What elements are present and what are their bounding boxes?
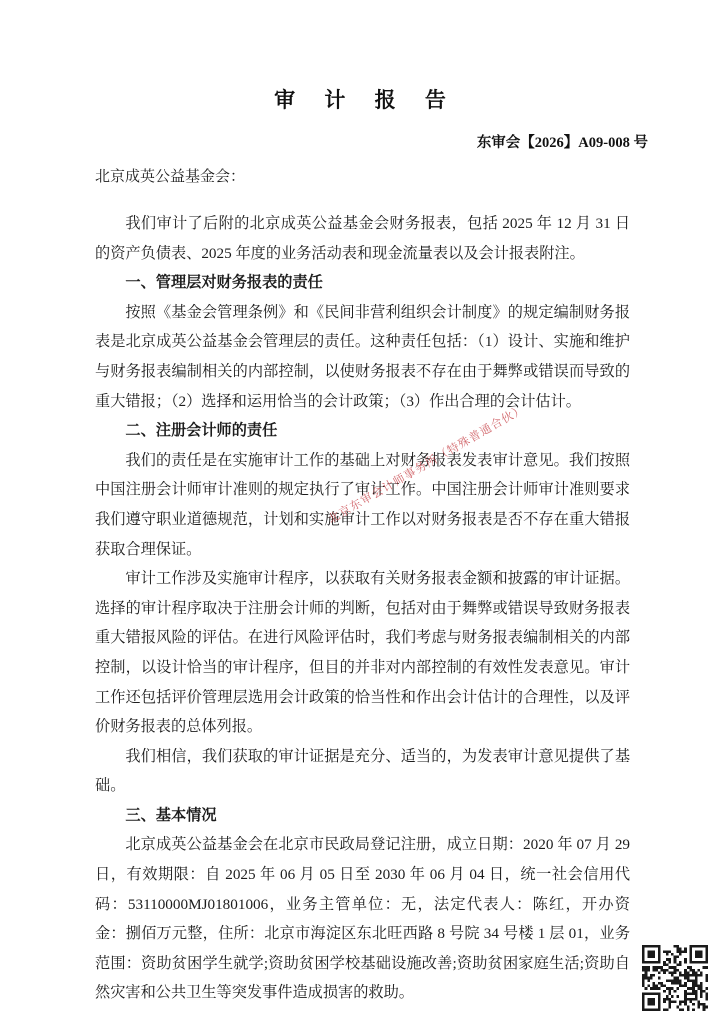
section3-paragraph-1: 北京成英公益基金会在北京市民政局登记注册，成立日期：2020 年 07 月 29… — [95, 830, 630, 1008]
qr-code-pattern — [642, 945, 708, 1011]
document-title: 审 计 报 告 — [95, 84, 630, 114]
section-heading-3: 三、基本情况 — [95, 801, 630, 831]
intro-paragraph: 我们审计了后附的北京成英公益基金会财务报表，包括 2025 年 12 月 31 … — [95, 209, 630, 268]
section-heading-1: 一、管理层对财务报表的责任 — [95, 268, 630, 298]
audit-report-page: 审 计 报 告 东审会【2026】A09-008 号 北京成英公益基金会： 我们… — [0, 0, 724, 1024]
document-number: 东审会【2026】A09-008 号 — [95, 131, 648, 152]
section-heading-2: 二、注册会计师的责任 — [95, 416, 630, 446]
document-content: 审 计 报 告 东审会【2026】A09-008 号 北京成英公益基金会： 我们… — [0, 0, 724, 1008]
section2-paragraph-2: 审计工作涉及实施审计程序，以获取有关财务报表金额和披露的审计证据。选择的审计程序… — [95, 564, 630, 742]
addressee-line: 北京成英公益基金会： — [95, 165, 630, 186]
section2-paragraph-3: 我们相信，我们获取的审计证据是充分、适当的，为发表审计意见提供了基础。 — [95, 742, 630, 801]
qr-code-icon — [642, 945, 708, 1011]
section2-paragraph-1: 我们的责任是在实施审计工作的基础上对财务报表发表审计意见。我们按照中国注册会计师… — [95, 446, 630, 564]
section1-paragraph-1: 按照《基金会管理条例》和《民间非营利组织会计制度》的规定编制财务报表是北京成英公… — [95, 298, 630, 416]
